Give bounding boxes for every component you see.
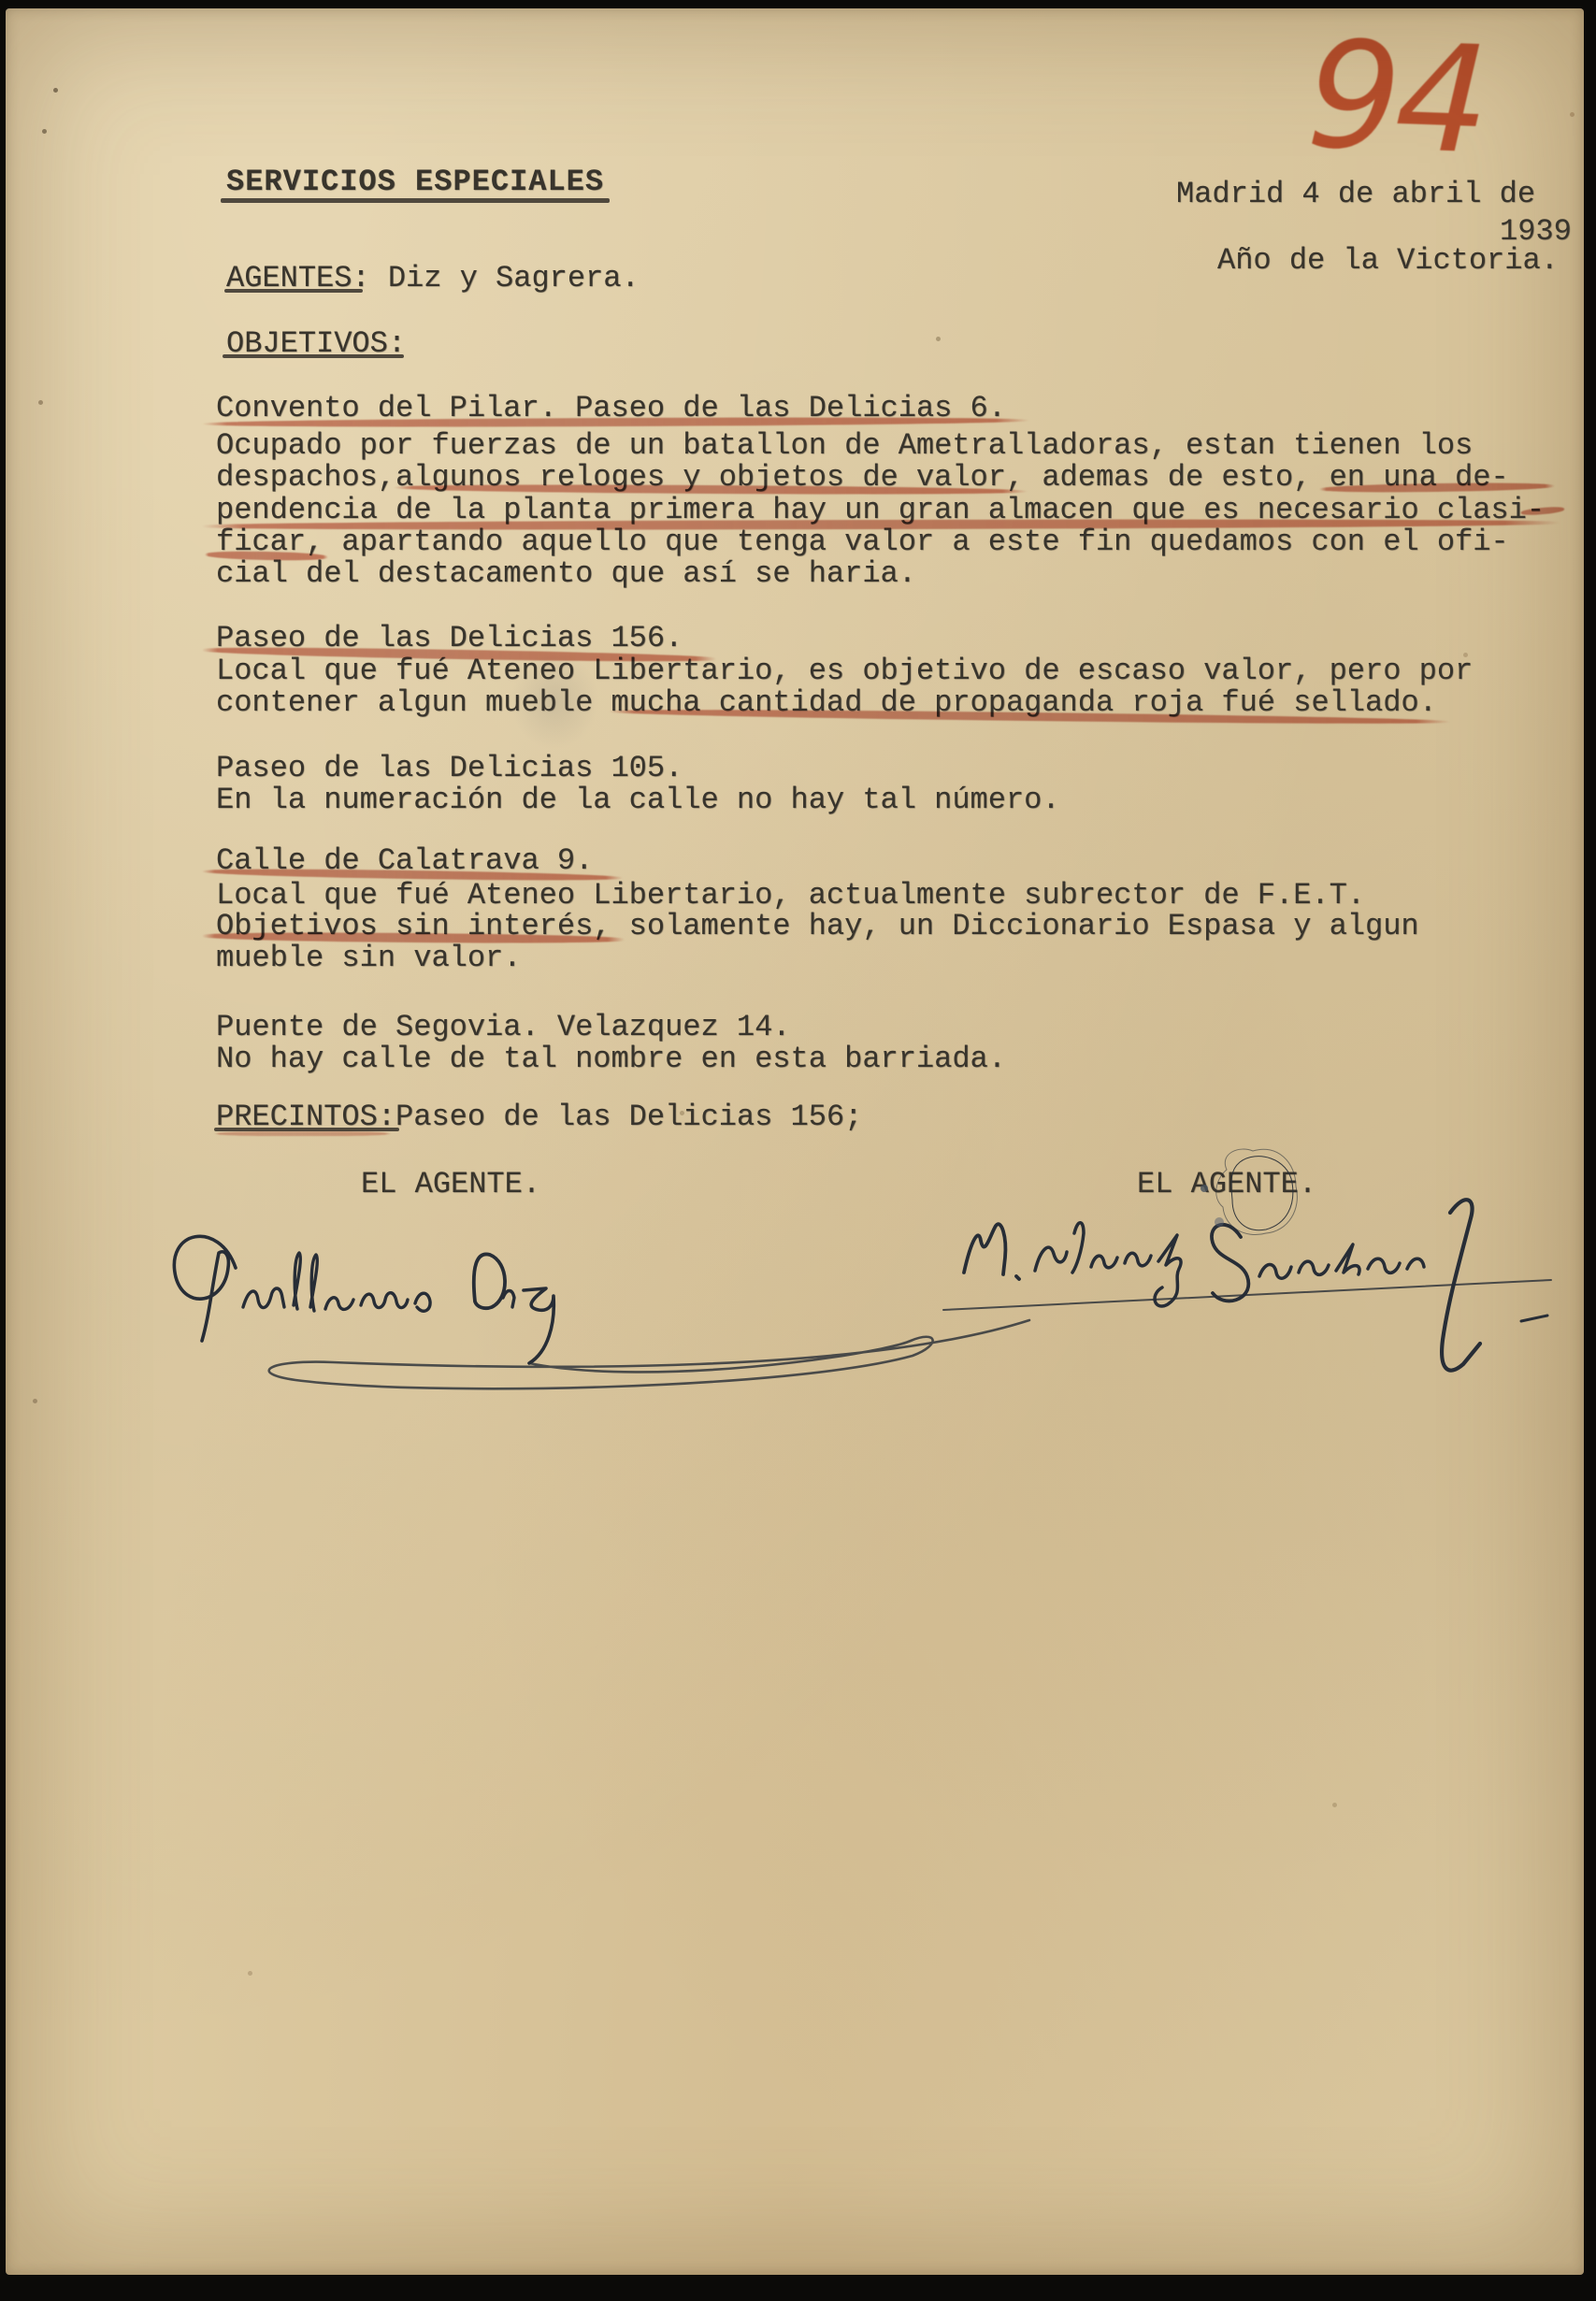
section-heading: Puente de Segovia. Velazquez 14.: [216, 1011, 791, 1044]
ink-blot: [1191, 1142, 1322, 1273]
body-line: Local que fué Ateneo Libertario, es obje…: [216, 654, 1473, 688]
doc-title: SERVICIOS ESPECIALES: [226, 165, 604, 199]
section-heading: Paseo de las Delicias 105.: [216, 752, 683, 785]
body-line: cial del destacamento que así se haria.: [216, 557, 916, 591]
title-underline: [221, 198, 610, 203]
body-line: No hay calle de tal nombre en esta barri…: [216, 1043, 1006, 1076]
document-page: SERVICIOS ESPECIALES Madrid 4 de abril d…: [0, 0, 1596, 2301]
paper-specks: [6, 8, 8, 11]
body-line: En la numeración de la calle no hay tal …: [216, 784, 1060, 817]
paper: SERVICIOS ESPECIALES Madrid 4 de abril d…: [6, 8, 1584, 2275]
body-line: Local que fué Ateneo Libertario, actualm…: [216, 879, 1365, 913]
agents-underline: [224, 289, 363, 293]
victory-year-line: Año de la Victoria.: [1217, 244, 1559, 278]
body-line: Ocupado por fuerzas de un batallon de Am…: [216, 429, 1473, 463]
signature-left: Guillermo Diz: [146, 1210, 1043, 1430]
body-line: ficar, apartando aquello que tenga valor…: [216, 525, 1509, 559]
red-underline: [214, 1131, 392, 1136]
page-number-stamp: 94: [1304, 21, 1487, 177]
objectives-underline: [223, 354, 404, 358]
agent-label-left: EL AGENTE.: [361, 1168, 540, 1201]
body-line: mueble sin valor.: [216, 942, 521, 975]
